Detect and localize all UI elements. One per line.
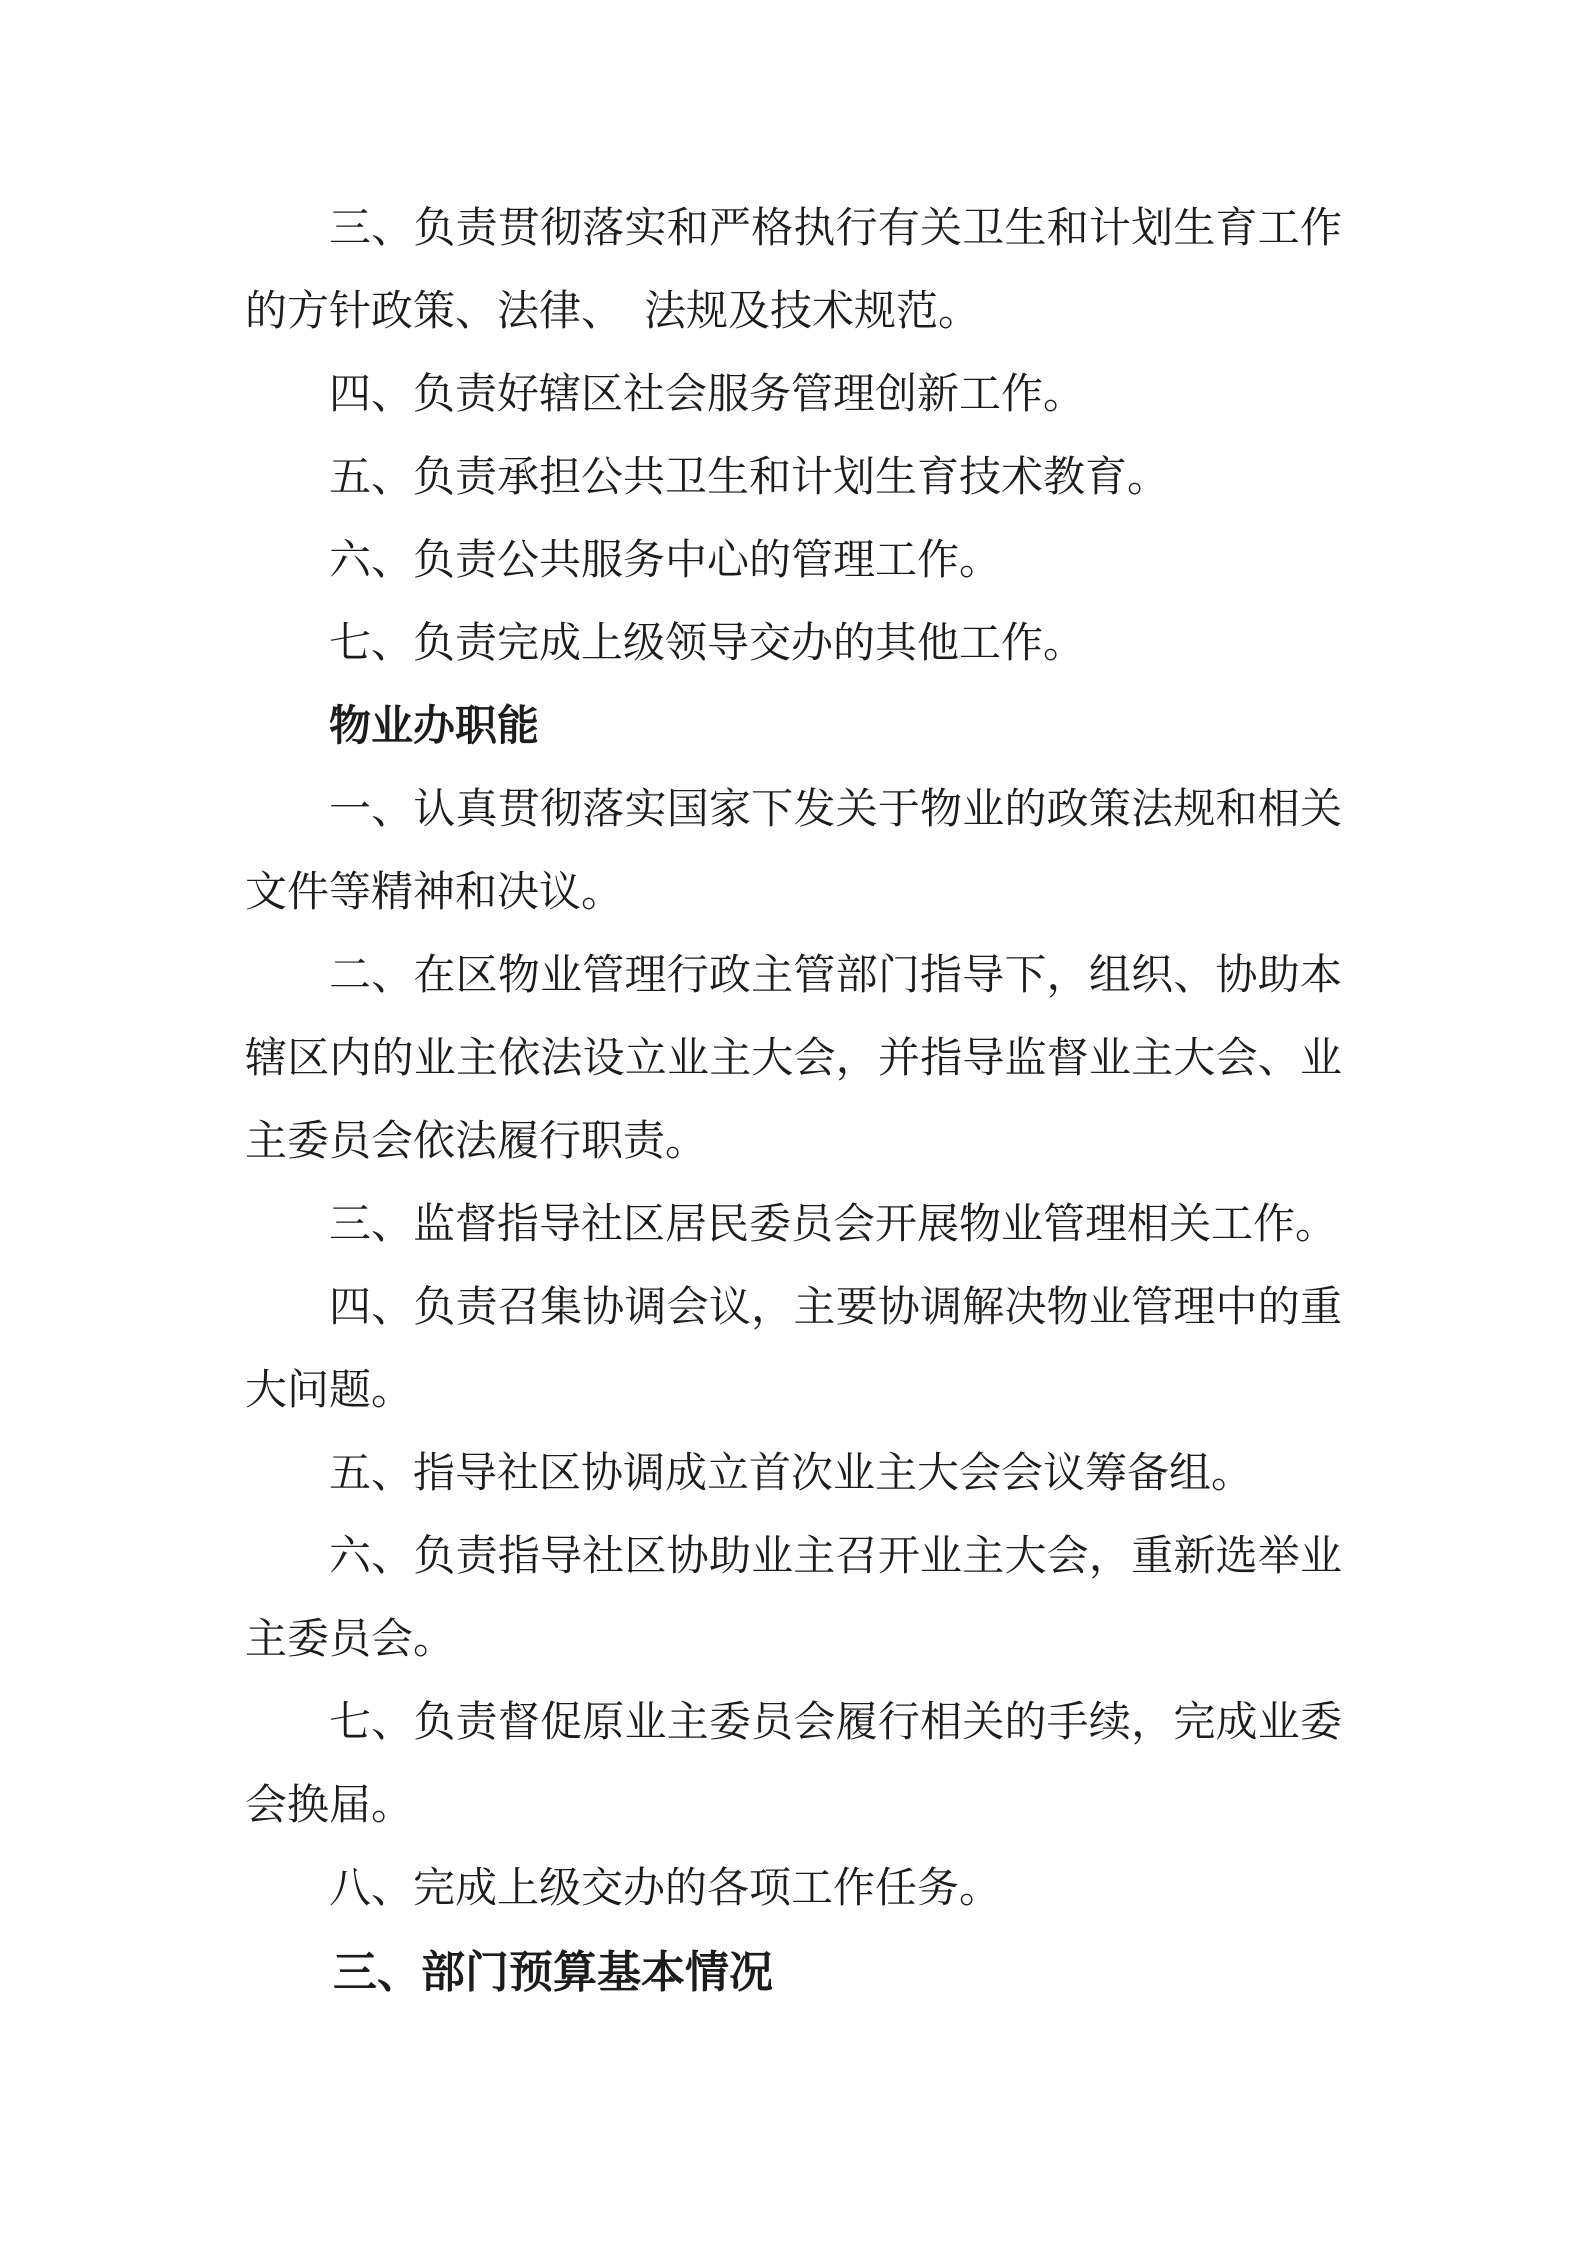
sub-heading: 物业办职能 [245, 686, 1342, 769]
section-heading: 三、部门预算基本情况 [245, 1931, 1342, 2014]
paragraph: 四、负责好辖区社会服务管理创新工作。 [245, 354, 1342, 437]
paragraph: 四、负责召集协调会议，主要协调解决物业管理中的重大问题。 [245, 1267, 1342, 1433]
paragraph: 三、负责贯彻落实和严格执行有关卫生和计划生育工作的方针政策、法律、 法规及技术规… [245, 188, 1342, 354]
paragraph: 八、完成上级交办的各项工作任务。 [245, 1848, 1342, 1931]
paragraph: 七、负责完成上级领导交办的其他工作。 [245, 603, 1342, 686]
paragraph: 六、负责公共服务中心的管理工作。 [245, 520, 1342, 603]
paragraph: 一、认真贯彻落实国家下发关于物业的政策法规和相关文件等精神和决议。 [245, 769, 1342, 935]
paragraph: 五、负责承担公共卫生和计划生育技术教育。 [245, 437, 1342, 520]
document-body: 三、负责贯彻落实和严格执行有关卫生和计划生育工作的方针政策、法律、 法规及技术规… [245, 188, 1342, 2014]
paragraph: 六、负责指导社区协助业主召开业主大会，重新选举业主委员会。 [245, 1516, 1342, 1682]
paragraph: 七、负责督促原业主委员会履行相关的手续，完成业委会换届。 [245, 1682, 1342, 1848]
paragraph: 二、在区物业管理行政主管部门指导下，组织、协助本辖区内的业主依法设立业主大会，并… [245, 935, 1342, 1184]
paragraph: 五、指导社区协调成立首次业主大会会议筹备组。 [245, 1433, 1342, 1516]
document-page: 三、负责贯彻落实和严格执行有关卫生和计划生育工作的方针政策、法律、 法规及技术规… [0, 0, 1587, 2245]
paragraph: 三、监督指导社区居民委员会开展物业管理相关工作。 [245, 1184, 1342, 1267]
